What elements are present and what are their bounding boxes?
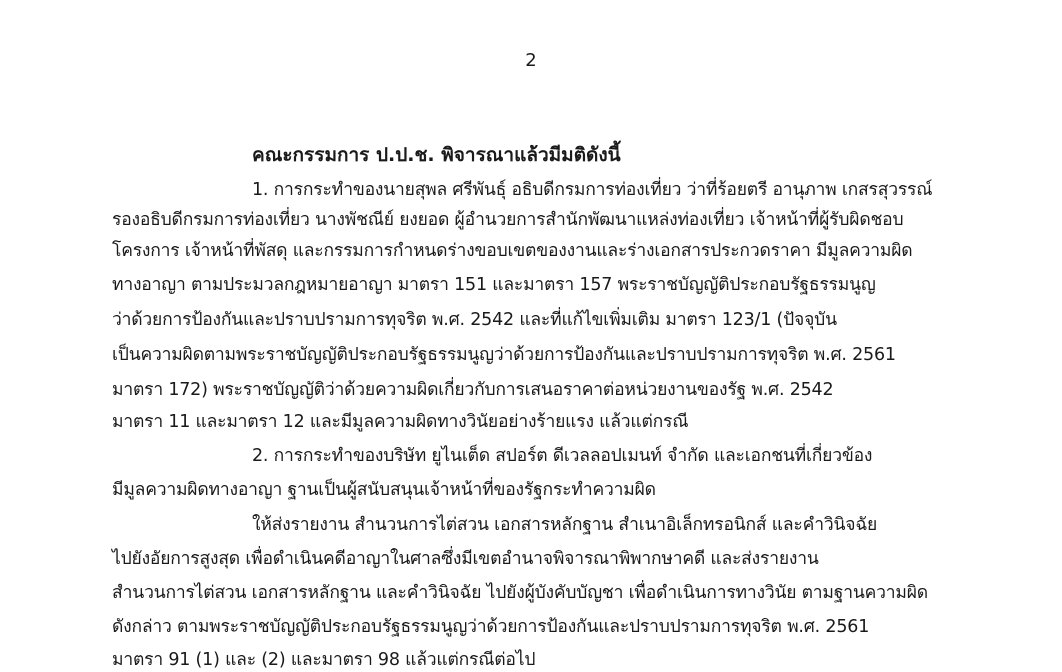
text-line: โครงการ เจ้าหน้าที่พัสดุ และกรรมการกำหนด… (112, 236, 912, 264)
text-line: 2. การกระทำของบริษัท ยูไนเต็ด สปอร์ต ดีเ… (252, 441, 872, 469)
text-line: ไปยังอัยการสูงสุด เพื่อดำเนินคดีอาญาในศา… (112, 544, 819, 572)
text-line: ดังกล่าว ตามพระราชบัญญัติประกอบรัฐธรรมนู… (112, 612, 869, 640)
text-line: ทางอาญา ตามประมวลกฎหมายอาญา มาตรา 151 แล… (112, 270, 876, 298)
text-line: 1. การกระทำของนายสุพล ศรีพันธุ์ อธิบดีกร… (252, 175, 932, 203)
text-line: มาตรา 91 (1) และ (2) และมาตรา 98 แล้วแต่… (112, 645, 535, 672)
page-number: 2 (0, 50, 1062, 71)
text-line: มีมูลความผิดทางอาญา ฐานเป็นผู้สนับสนุนเจ… (112, 475, 656, 503)
text-line: เป็นความผิดตามพระราชบัญญัติประกอบรัฐธรรม… (112, 340, 896, 368)
text-line: มาตรา 172) พระราชบัญญัติว่าด้วยความผิดเก… (112, 375, 833, 403)
text-line: รองอธิบดีกรมการท่องเที่ยว นางพัชณีย์ ยงย… (112, 205, 903, 233)
text-line: สำนวนการไต่สวน เอกสารหลักฐาน และคำวินิจฉ… (112, 578, 928, 606)
resolution-heading: คณะกรรมการ ป.ป.ช. พิจารณาแล้วมีมติดังนี้ (252, 140, 621, 170)
text-line: ว่าด้วยการป้องกันและปราบปรามการทุจริต พ.… (112, 305, 837, 333)
text-line: ให้ส่งรายงาน สำนวนการไต่สวน เอกสารหลักฐา… (252, 510, 877, 538)
text-line: มาตรา 11 และมาตรา 12 และมีมูลความผิดทางว… (112, 407, 688, 435)
